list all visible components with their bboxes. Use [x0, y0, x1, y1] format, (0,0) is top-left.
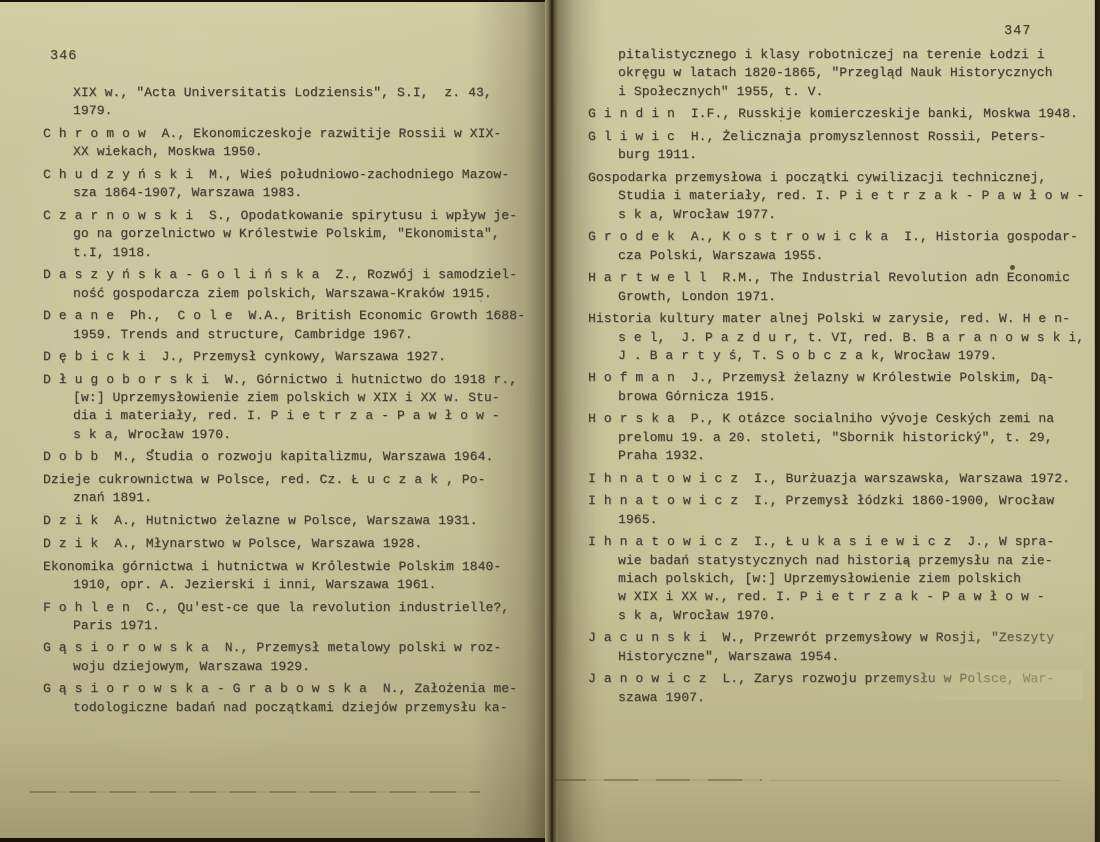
bibliography-entry: D o b b M., Studia o rozwoju kapitalizmu…: [43, 448, 533, 466]
bibliography-line: cza Polski, Warszawa 1955.: [588, 247, 1083, 265]
bibliography-line: J a c u n s k i W., Przewrót przemysłowy…: [588, 629, 1083, 647]
bibliography-line: Praha 1932.: [588, 447, 1083, 465]
bibliography-line: s e l, J. P a z d u r, t. VI, red. B. B …: [588, 329, 1083, 347]
bibliography-line: znań 1891.: [43, 489, 533, 507]
bibliography-entry: D ę b i c k i J., Przemysł cynkowy, Wars…: [43, 348, 533, 366]
book-page-left: 346 XIX w., "Acta Universitatis Lodziens…: [0, 2, 547, 838]
bibliography-line: D o b b M., Studia o rozwoju kapitalizmu…: [43, 448, 533, 466]
bibliography-entry: H o f m a n J., Przemysł żelazny w Króle…: [588, 369, 1083, 406]
bibliography-line: C h r o m o w A., Ekonomiczeskoje razwit…: [43, 125, 533, 143]
bibliography-line: D z i k A., Młynarstwo w Polsce, Warszaw…: [43, 535, 533, 553]
bibliography-entry: J a n o w i c z L., Zarys rozwoju przemy…: [588, 670, 1083, 707]
bibliography-entry: D e a n e Ph., C o l e W.A., British Eco…: [43, 307, 533, 344]
bibliography-line: prelomu 19. a 20. stoleti, "Sbornik hist…: [588, 429, 1083, 447]
bibliography-line: wie badań statystycznych nad historią pr…: [588, 552, 1083, 570]
bibliography-line: D a s z y ń s k a - G o l i ń s k a Z., …: [43, 266, 533, 284]
bibliography-line: [w:] Uprzemysłowienie ziem polskich w XI…: [43, 389, 533, 407]
bibliography-line: i Społecznych" 1955, t. V.: [588, 83, 1083, 101]
bibliography-left: XIX w., "Acta Universitatis Lodziensis",…: [43, 84, 533, 721]
bibliography-line: I h n a t o w i c z I., Burżuazja warsza…: [588, 470, 1083, 488]
bibliography-line: dia i materiały, red. I. P i e t r z a -…: [43, 407, 533, 425]
bibliography-line: Studia i materiały, red. I. P i e t r z …: [588, 187, 1083, 205]
bibliography-entry: C h u d z y ń s k i M., Wieś południowo-…: [43, 166, 533, 203]
bibliography-entry: Ekonomika górnictwa i hutnictwa w Króles…: [43, 558, 533, 595]
bibliography-line: todologiczne badań nad początkami dziejó…: [43, 699, 533, 717]
bibliography-entry: XIX w., "Acta Universitatis Lodziensis",…: [43, 84, 533, 121]
bibliography-line: woju dziejowym, Warszawa 1929.: [43, 658, 533, 676]
book-page-right: 347 pitalistycznego i klasy robotniczej …: [558, 0, 1095, 842]
bibliography-line: C h u d z y ń s k i M., Wieś południowo-…: [43, 166, 533, 184]
bibliography-line: J . B a r t y ś, T. S o b c z a k, Wrocł…: [588, 347, 1083, 365]
bibliography-right: pitalistycznego i klasy robotniczej na t…: [588, 46, 1083, 711]
bibliography-line: s k a, Wrocław 1970.: [588, 607, 1083, 625]
bibliography-line: miach polskich, [w:] Uprzemysłowienie zi…: [588, 570, 1083, 588]
bibliography-line: s k a, Wrocław 1970.: [43, 426, 533, 444]
bibliography-line: 1965.: [588, 511, 1083, 529]
bibliography-line: I h n a t o w i c z I., Przemysł łódzki …: [588, 492, 1083, 510]
bibliography-entry: G l i w i c H., Żelicznaja promyszlennos…: [588, 128, 1083, 165]
bibliography-entry: D a s z y ń s k a - G o l i ń s k a Z., …: [43, 266, 533, 303]
bibliography-line: ność gospodarcza ziem polskich, Warszawa…: [43, 285, 533, 303]
bibliography-line: F o h l e n C., Qu'est-ce que la revolut…: [43, 599, 533, 617]
book-gutter-fold: [545, 0, 559, 842]
bibliography-line: Paris 1971.: [43, 617, 533, 635]
bibliography-line: I h n a t o w i c z I., Ł u k a s i e w …: [588, 533, 1083, 551]
bibliography-line: G l i w i c H., Żelicznaja promyszlennos…: [588, 128, 1083, 146]
bibliography-entry: I h n a t o w i c z I., Ł u k a s i e w …: [588, 533, 1083, 624]
bibliography-entry: pitalistycznego i klasy robotniczej na t…: [588, 46, 1083, 101]
bibliography-entry: I h n a t o w i c z I., Burżuazja warsza…: [588, 470, 1083, 488]
bibliography-line: w XIX i XX w., red. I. P i e t r z a k -…: [588, 588, 1083, 606]
bibliography-entry: G ą s i o r o w s k a N., Przemysł metal…: [43, 639, 533, 676]
bibliography-line: Dzieje cukrownictwa w Polsce, red. Cz. Ł…: [43, 471, 533, 489]
bibliography-line: G r o d e k A., K o s t r o w i c k a I.…: [588, 228, 1083, 246]
bibliography-entry: G r o d e k A., K o s t r o w i c k a I.…: [588, 228, 1083, 265]
bibliography-line: D ę b i c k i J., Przemysł cynkowy, Wars…: [43, 348, 533, 366]
bibliography-entry: F o h l e n C., Qu'est-ce que la revolut…: [43, 599, 533, 636]
bibliography-entry: C z a r n o w s k i S., Opodatkowanie sp…: [43, 207, 533, 262]
bibliography-line: D e a n e Ph., C o l e W.A., British Eco…: [43, 307, 533, 325]
bibliography-entry: C h r o m o w A., Ekonomiczeskoje razwit…: [43, 125, 533, 162]
bibliography-entry: D ł u g o b o r s k i W., Górnictwo i hu…: [43, 371, 533, 444]
scan-edge: [1094, 0, 1100, 842]
page-number-left: 346: [50, 49, 77, 64]
bibliography-line: H o r s k a P., K otázce socialniho vývo…: [588, 410, 1083, 428]
bibliography-line: 1979.: [43, 102, 533, 120]
bibliography-line: G ą s i o r o w s k a N., Przemysł metal…: [43, 639, 533, 657]
bibliography-line: Ekonomika górnictwa i hutnictwa w Króles…: [43, 558, 533, 576]
bibliography-entry: I h n a t o w i c z I., Przemysł łódzki …: [588, 492, 1083, 529]
bibliography-line: okręgu w latach 1820-1865, "Przegląd Nau…: [588, 64, 1083, 82]
bibliography-line: t.I, 1918.: [43, 244, 533, 262]
bibliography-line: D z i k A., Hutnictwo żelazne w Polsce, …: [43, 512, 533, 530]
bibliography-entry: J a c u n s k i W., Przewrót przemysłowy…: [588, 629, 1083, 666]
bibliography-line: sza 1864-1907, Warszawa 1983.: [43, 184, 533, 202]
bibliography-entry: G i n d i n I.F., Russkije komierczeskij…: [588, 105, 1083, 123]
bibliography-line: browa Górnicza 1915.: [588, 388, 1083, 406]
bibliography-entry: G ą s i o r o w s k a - G r a b o w s k …: [43, 680, 533, 717]
bibliography-line: G ą s i o r o w s k a - G r a b o w s k …: [43, 680, 533, 698]
bibliography-line: C z a r n o w s k i S., Opodatkowanie sp…: [43, 207, 533, 225]
bibliography-line: H a r t w e l l R.M., The Industrial Rev…: [588, 269, 1083, 287]
bibliography-line: D ł u g o b o r s k i W., Górnictwo i hu…: [43, 371, 533, 389]
bibliography-line: G i n d i n I.F., Russkije komierczeskij…: [588, 105, 1083, 123]
bibliography-line: szawa 1907.: [588, 689, 1083, 707]
bibliography-line: burg 1911.: [588, 146, 1083, 164]
page-number-right: 347: [1004, 24, 1031, 39]
bibliography-entry: Historia kultury mater alnej Polski w za…: [588, 310, 1083, 365]
bibliography-entry: D z i k A., Młynarstwo w Polsce, Warszaw…: [43, 535, 533, 553]
bibliography-line: Historia kultury mater alnej Polski w za…: [588, 310, 1083, 328]
bibliography-line: XX wiekach, Moskwa 1950.: [43, 143, 533, 161]
bibliography-line: Gospodarka przemysłowa i początki cywili…: [588, 169, 1083, 187]
bibliography-line: J a n o w i c z L., Zarys rozwoju przemy…: [588, 670, 1083, 688]
bibliography-entry: D z i k A., Hutnictwo żelazne w Polsce, …: [43, 512, 533, 530]
bibliography-line: XIX w., "Acta Universitatis Lodziensis",…: [43, 84, 533, 102]
bibliography-line: go na gorzelnictwo w Królestwie Polskim,…: [43, 225, 533, 243]
bibliography-line: 1959. Trends and structure, Cambridge 19…: [43, 326, 533, 344]
bibliography-line: Historyczne", Warszawa 1954.: [588, 648, 1083, 666]
bibliography-line: Growth, London 1971.: [588, 288, 1083, 306]
bibliography-entry: H o r s k a P., K otázce socialniho vývo…: [588, 410, 1083, 465]
bibliography-entry: Dzieje cukrownictwa w Polsce, red. Cz. Ł…: [43, 471, 533, 508]
bibliography-line: H o f m a n J., Przemysł żelazny w Króle…: [588, 369, 1083, 387]
bibliography-entry: H a r t w e l l R.M., The Industrial Rev…: [588, 269, 1083, 306]
bibliography-entry: Gospodarka przemysłowa i początki cywili…: [588, 169, 1083, 224]
bibliography-line: 1910, opr. A. Jezierski i inni, Warszawa…: [43, 576, 533, 594]
bibliography-line: pitalistycznego i klasy robotniczej na t…: [588, 46, 1083, 64]
bibliography-line: s k a, Wrocław 1977.: [588, 206, 1083, 224]
